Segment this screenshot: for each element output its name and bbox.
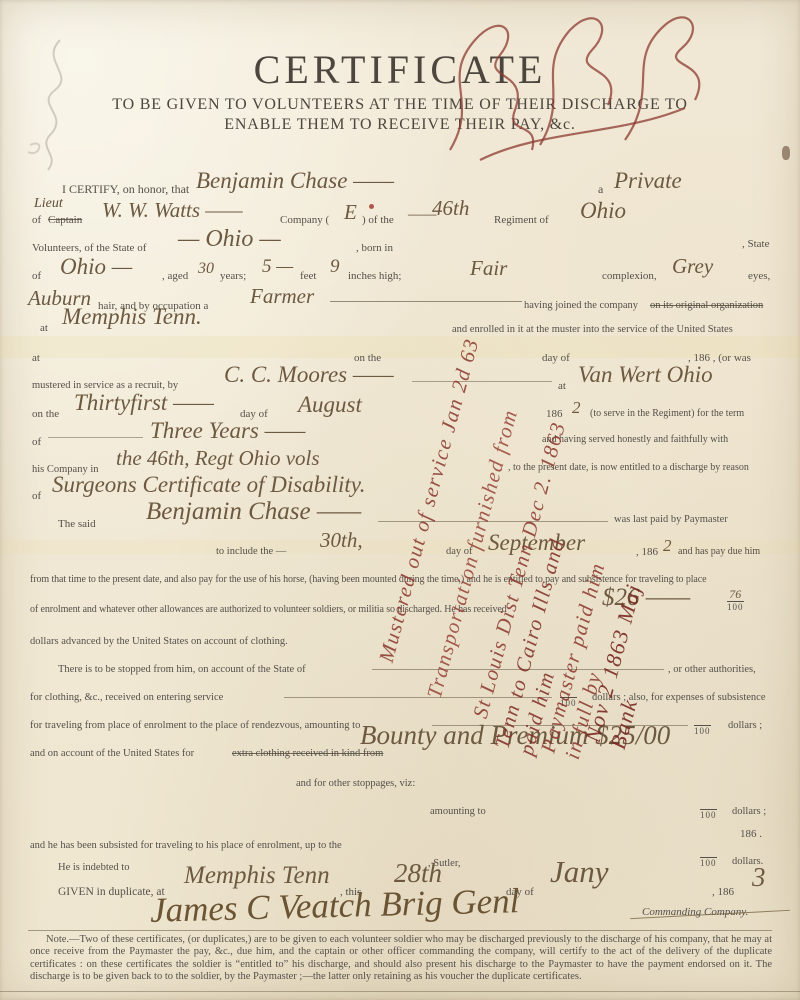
muster-month: August [298, 392, 362, 418]
footer-top-rule [28, 930, 772, 931]
of-label-2: of [32, 270, 41, 282]
clothing-label: for clothing, &c., received on entering … [30, 692, 223, 703]
blank-rule [330, 300, 522, 302]
given-year: 3 [752, 862, 766, 893]
company-open-label: Company ( [280, 214, 329, 226]
years-label: years; [220, 270, 246, 282]
term-value: Three Years —— [150, 418, 306, 444]
term-of-label: of [32, 436, 41, 448]
account-label: and on account of the United States for [30, 748, 194, 759]
footer-note: Note.—Two of these certificates, (or dup… [30, 934, 772, 983]
fraction-denominator: 100 [700, 811, 717, 820]
of-label: of [32, 214, 41, 226]
joined-label: having joined the company [524, 300, 638, 311]
certify-label: I CERTIFY, on honor, that [62, 182, 189, 197]
amount-fraction: 76 100 [727, 588, 744, 612]
officer-signature: James C Veatch Brig Genl [150, 881, 520, 931]
volunteers-label: Volunteers, of the State of [32, 242, 146, 254]
state-hand-2: Ohio — [60, 254, 132, 280]
fraction-denominator: 100 [694, 727, 711, 736]
feet-label: feet [300, 270, 316, 282]
occupation-hand: Farmer [250, 284, 314, 309]
regiment-of-label: Regiment of [494, 214, 549, 226]
regiment-state: Ohio [580, 198, 626, 224]
pay-year: 2 [663, 536, 672, 556]
serve-label: (to serve in the Regiment) for the term [590, 408, 744, 419]
muster-at-label: at [32, 352, 40, 364]
joined-place: Memphis Tenn. [62, 304, 202, 330]
state-hand: — Ohio — [178, 226, 281, 253]
recruiter-name: C. C. Moores —— [224, 362, 394, 388]
enrolled-label: and enrolled in it at the muster into th… [452, 324, 733, 335]
on-the-label-2: on the [32, 408, 59, 420]
complexion-label: complexion, [602, 270, 657, 282]
fraction-denominator: 100 [700, 859, 717, 868]
blank-rule [48, 436, 143, 438]
article-a: a [598, 182, 603, 197]
company-close-label: ) of the [362, 214, 394, 226]
eyes-label: eyes, [748, 270, 770, 282]
received-line: of enrolment and whatever other allowanc… [30, 604, 507, 615]
given-year-label: , 186 [712, 886, 734, 898]
blank-fraction-c: 100 [700, 800, 717, 820]
eyes-hand: Grey [672, 254, 713, 279]
dollars-b-label: dollars ; [728, 720, 762, 731]
pay-due-label: and has pay due him [678, 546, 760, 557]
blank-fraction-d: 100 [700, 848, 717, 868]
blank-rule [412, 380, 552, 382]
company-letter: E [344, 200, 357, 225]
feet-num: 5 — [262, 256, 293, 278]
muster-place: Van Wert Ohio [578, 362, 713, 388]
stopped-label: There is to be stopped from him, on acco… [58, 664, 306, 675]
joined-struck: on its original organization [650, 300, 763, 311]
born-in-label: , born in [356, 242, 393, 254]
state-right-label: , State [742, 238, 770, 250]
blank-fraction-b: 100 [694, 716, 711, 736]
complexion-hand: Fair [470, 256, 507, 281]
fraction-numerator [700, 848, 717, 856]
given-month: Jany [550, 854, 609, 890]
rank-value: Private [614, 168, 682, 194]
at-label: at [40, 322, 48, 334]
pay-year-label: , 186 [636, 546, 658, 558]
regiment-number: 46th [432, 196, 469, 221]
paper-blemish [782, 146, 790, 160]
bottom-edge-rule [0, 991, 800, 992]
paper-stain-band [0, 336, 800, 358]
clothing-line: dollars advanced by the United States on… [30, 636, 288, 647]
certificate-document: CERTIFICATE TO BE GIVEN TO VOLUNTEERS AT… [0, 0, 800, 1000]
inches-num: 9 [330, 256, 340, 278]
traveling-label: for traveling from place of enrolment to… [30, 720, 360, 731]
lieut-correction: Lieut [34, 196, 63, 212]
served-label: and having served honestly and faithfull… [542, 434, 728, 445]
year-186-right: 186 . [740, 828, 762, 840]
fraction-numerator: 76 [727, 588, 744, 600]
muster-at-label-2: at [558, 380, 566, 392]
pay-day: 30th, [320, 528, 363, 553]
dollars-c-label: dollars ; [732, 806, 766, 817]
ink-flourish [420, 0, 740, 170]
fraction-denominator: 100 [727, 603, 744, 612]
inches-label: inches high; [348, 270, 401, 282]
muster-day: Thirtyfirst —— [74, 390, 214, 416]
muster-day-of-label: day of [542, 352, 570, 364]
fraction-numerator [694, 716, 711, 724]
soldier-name: Benjamin Chase —— [196, 168, 394, 194]
indebted-label: He is indebted to [58, 862, 129, 873]
subsisted-label: and he has been subsisted for traveling … [30, 840, 342, 851]
officer-name: W. W. Watts —— [102, 198, 243, 223]
last-paid-label: was last paid by Paymaster [614, 514, 728, 525]
muster-year: 2 [572, 398, 581, 418]
include-label: to include the — [216, 546, 286, 557]
age-value: 30 [198, 260, 214, 278]
discharge-reason: Surgeons Certificate of Disability. [52, 472, 365, 498]
amounting-label: amounting to [430, 806, 486, 817]
aged-label: , aged [162, 270, 188, 282]
the-said-label: The said [58, 518, 96, 530]
soldier-name-2: Benjamin Chase —— [146, 498, 361, 526]
unit-value: the 46th, Regt Ohio vols [116, 446, 320, 471]
fraction-numerator [700, 800, 717, 808]
stoppages-label: and for other stoppages, viz: [296, 778, 415, 789]
reason-of-label: of [32, 490, 41, 502]
other-auth-label: , or other authorities, [668, 664, 756, 675]
red-ink-dot [369, 204, 374, 209]
captain-struck: Captain [48, 214, 82, 226]
